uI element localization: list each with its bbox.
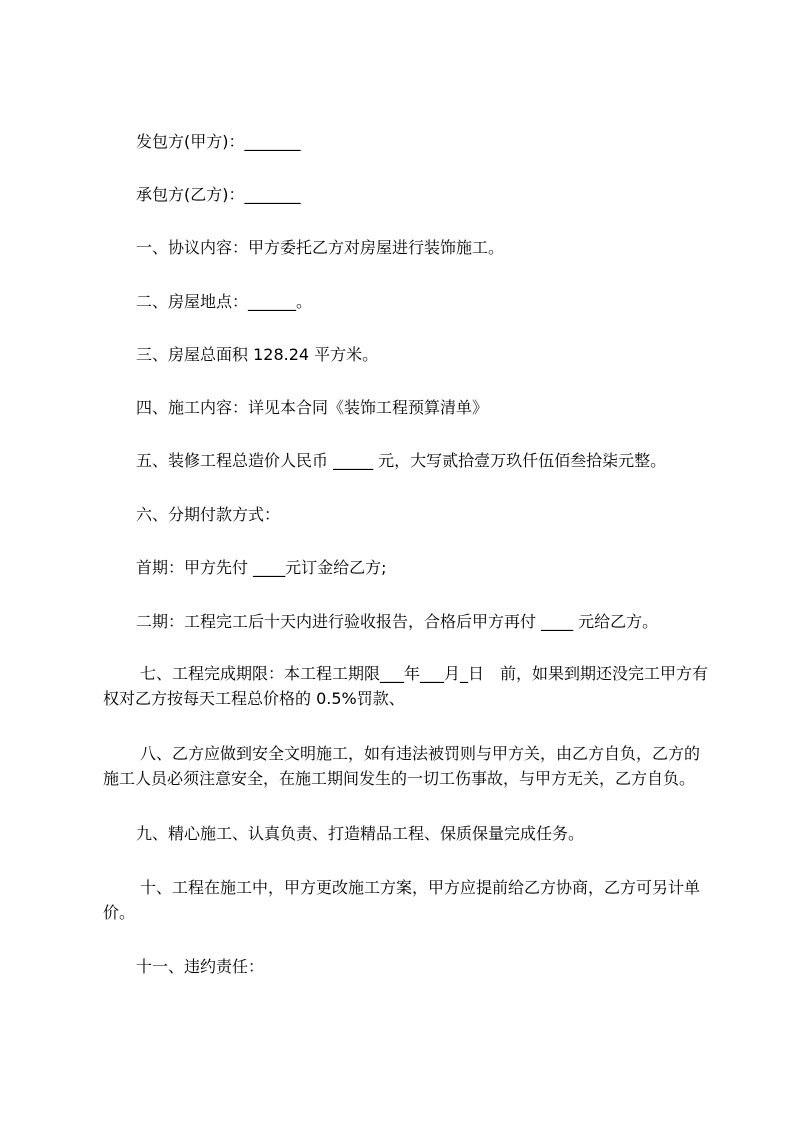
paragraph-line: 十一、违约责任： (103, 955, 713, 980)
payment-first-installment: 首期：甲方先付 ____元订金给乙方; (103, 556, 713, 581)
clause-7-completion-deadline: 七、工程完成期限：本工程工期限___年___月_日 前，如果到期还没完工甲方有 … (103, 662, 713, 711)
party-a-line: 发包方(甲方)：_______ (103, 130, 713, 155)
paragraph-line: 权对乙方按每天工程总价格的 0.5%罚款、 (103, 687, 713, 712)
clause-2-house-location: 二、房屋地点：______。 (103, 290, 713, 315)
clause-8-safety: 八、乙方应做到安全文明施工，如有违法被罚则与甲方关，由乙方自负，乙方的 施工人员… (103, 742, 713, 791)
paragraph-line: 五、装修工程总造价人民币 _____ 元，大写贰拾壹万玖仟伍佰叁拾柒元整。 (103, 449, 713, 474)
paragraph-line: 六、分期付款方式： (103, 503, 713, 528)
paragraph-line: 四、施工内容：详见本合同《装饰工程预算清单》 (103, 396, 713, 421)
paragraph-line: 十、工程在施工中，甲方更改施工方案，甲方应提前给乙方协商，乙方可另计单 (103, 876, 713, 901)
clause-11-breach-liability: 十一、违约责任： (103, 955, 713, 980)
paragraph-line: 发包方(甲方)：_______ (103, 130, 713, 155)
document-page: 发包方(甲方)：_______ 承包方(乙方)：_______ 一、协议内容：甲… (0, 0, 793, 1122)
paragraph-line: 首期：甲方先付 ____元订金给乙方; (103, 556, 713, 581)
paragraph-line: 价。 (103, 901, 713, 926)
paragraph-line: 一、协议内容：甲方委托乙方对房屋进行装饰施工。 (103, 236, 713, 261)
payment-second-installment: 二期：工程完工后十天内进行验收报告，合格后甲方再付 ____ 元给乙方。 (103, 610, 713, 635)
clause-5-total-cost: 五、装修工程总造价人民币 _____ 元，大写贰拾壹万玖仟伍佰叁拾柒元整。 (103, 449, 713, 474)
paragraph-line: 三、房屋总面积 128.24 平方米。 (103, 343, 713, 368)
clause-6-payment-method: 六、分期付款方式： (103, 503, 713, 528)
paragraph-line: 二、房屋地点：______。 (103, 290, 713, 315)
clause-3-house-area: 三、房屋总面积 128.24 平方米。 (103, 343, 713, 368)
paragraph-line: 承包方(乙方)：_______ (103, 183, 713, 208)
paragraph-line: 九、精心施工、认真负责、打造精品工程、保质保量完成任务。 (103, 822, 713, 847)
paragraph-line: 七、工程完成期限：本工程工期限___年___月_日 前，如果到期还没完工甲方有 (103, 662, 713, 687)
clause-9-quality: 九、精心施工、认真负责、打造精品工程、保质保量完成任务。 (103, 822, 713, 847)
party-b-line: 承包方(乙方)：_______ (103, 183, 713, 208)
clause-4-construction-content: 四、施工内容：详见本合同《装饰工程预算清单》 (103, 396, 713, 421)
paragraph-line: 二期：工程完工后十天内进行验收报告，合格后甲方再付 ____ 元给乙方。 (103, 610, 713, 635)
paragraph-line: 施工人员必须注意安全，在施工期间发生的一切工伤事故，与甲方无关，乙方自负。 (103, 767, 713, 792)
paragraph-line: 八、乙方应做到安全文明施工，如有违法被罚则与甲方关，由乙方自负，乙方的 (103, 742, 713, 767)
clause-10-plan-change: 十、工程在施工中，甲方更改施工方案，甲方应提前给乙方协商，乙方可另计单 价。 (103, 876, 713, 925)
clause-1-agreement-content: 一、协议内容：甲方委托乙方对房屋进行装饰施工。 (103, 236, 713, 261)
